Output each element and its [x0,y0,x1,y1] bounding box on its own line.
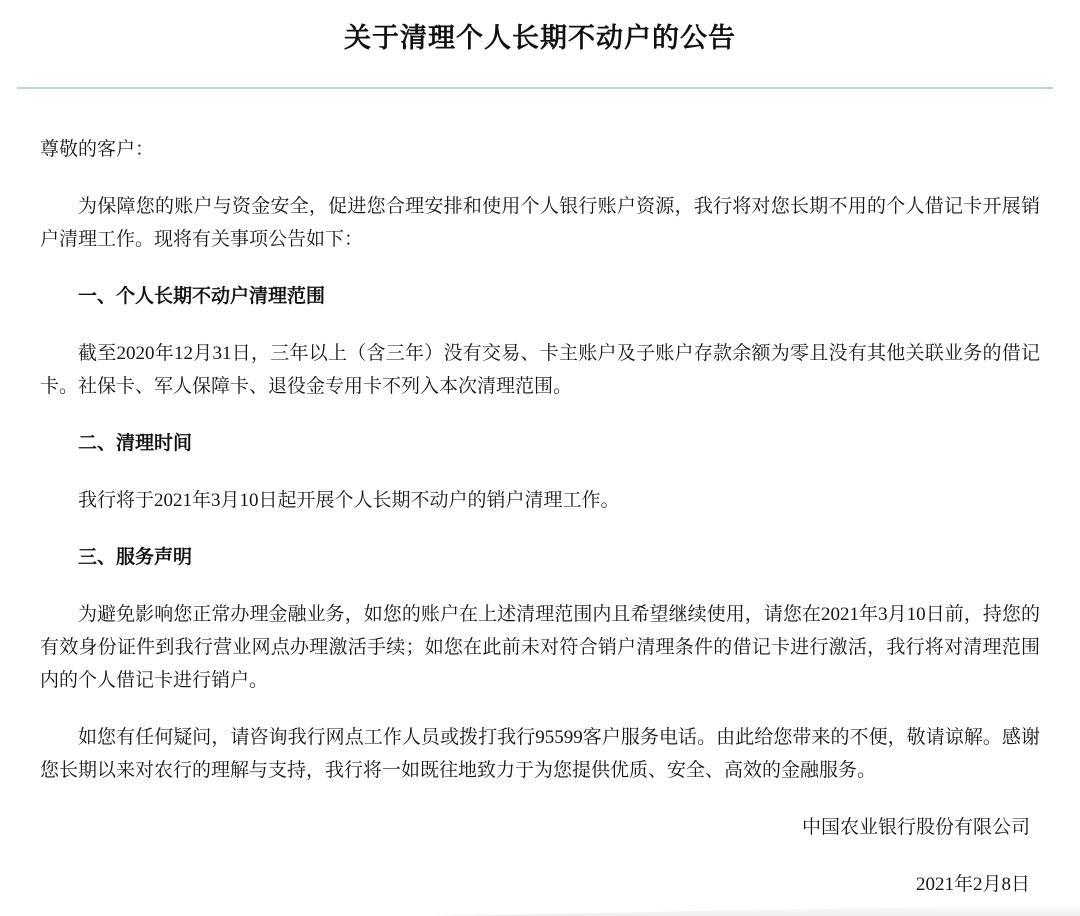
announcement-body: 尊敬的客户： 为保障您的账户与资金安全，促进您合理安排和使用个人银行账户资源，我… [40,133,1040,901]
section-1-heading: 一、个人长期不动户清理范围 [40,280,1040,313]
signature: 中国农业银行股份有限公司 [40,811,1040,844]
section-2-heading: 二、清理时间 [40,427,1040,460]
section-3-heading: 三、服务声明 [40,541,1040,574]
closing-paragraph: 如您有任何疑问，请咨询我行网点工作人员或拨打我行95599客户服务电话。由此给您… [40,721,1040,787]
section-1-body: 截至2020年12月31日，三年以上（含三年）没有交易、卡主账户及子账户存款余额… [40,337,1040,403]
section-2-body: 我行将于2021年3月10日起开展个人长期不动户的销户清理工作。 [40,484,1040,517]
page-title: 关于清理个人长期不动户的公告 [0,0,1080,54]
section-3-body: 为避免影响您正常办理金融业务，如您的账户在上述清理范围内且希望继续使用，请您在2… [40,598,1040,697]
title-divider [17,87,1053,89]
doc-date: 2021年2月8日 [40,868,1040,901]
bottom-page-shadow [0,904,1080,916]
intro-paragraph: 为保障您的账户与资金安全，促进您合理安排和使用个人银行账户资源，我行将对您长期不… [40,190,1040,256]
salutation: 尊敬的客户： [40,133,1040,166]
